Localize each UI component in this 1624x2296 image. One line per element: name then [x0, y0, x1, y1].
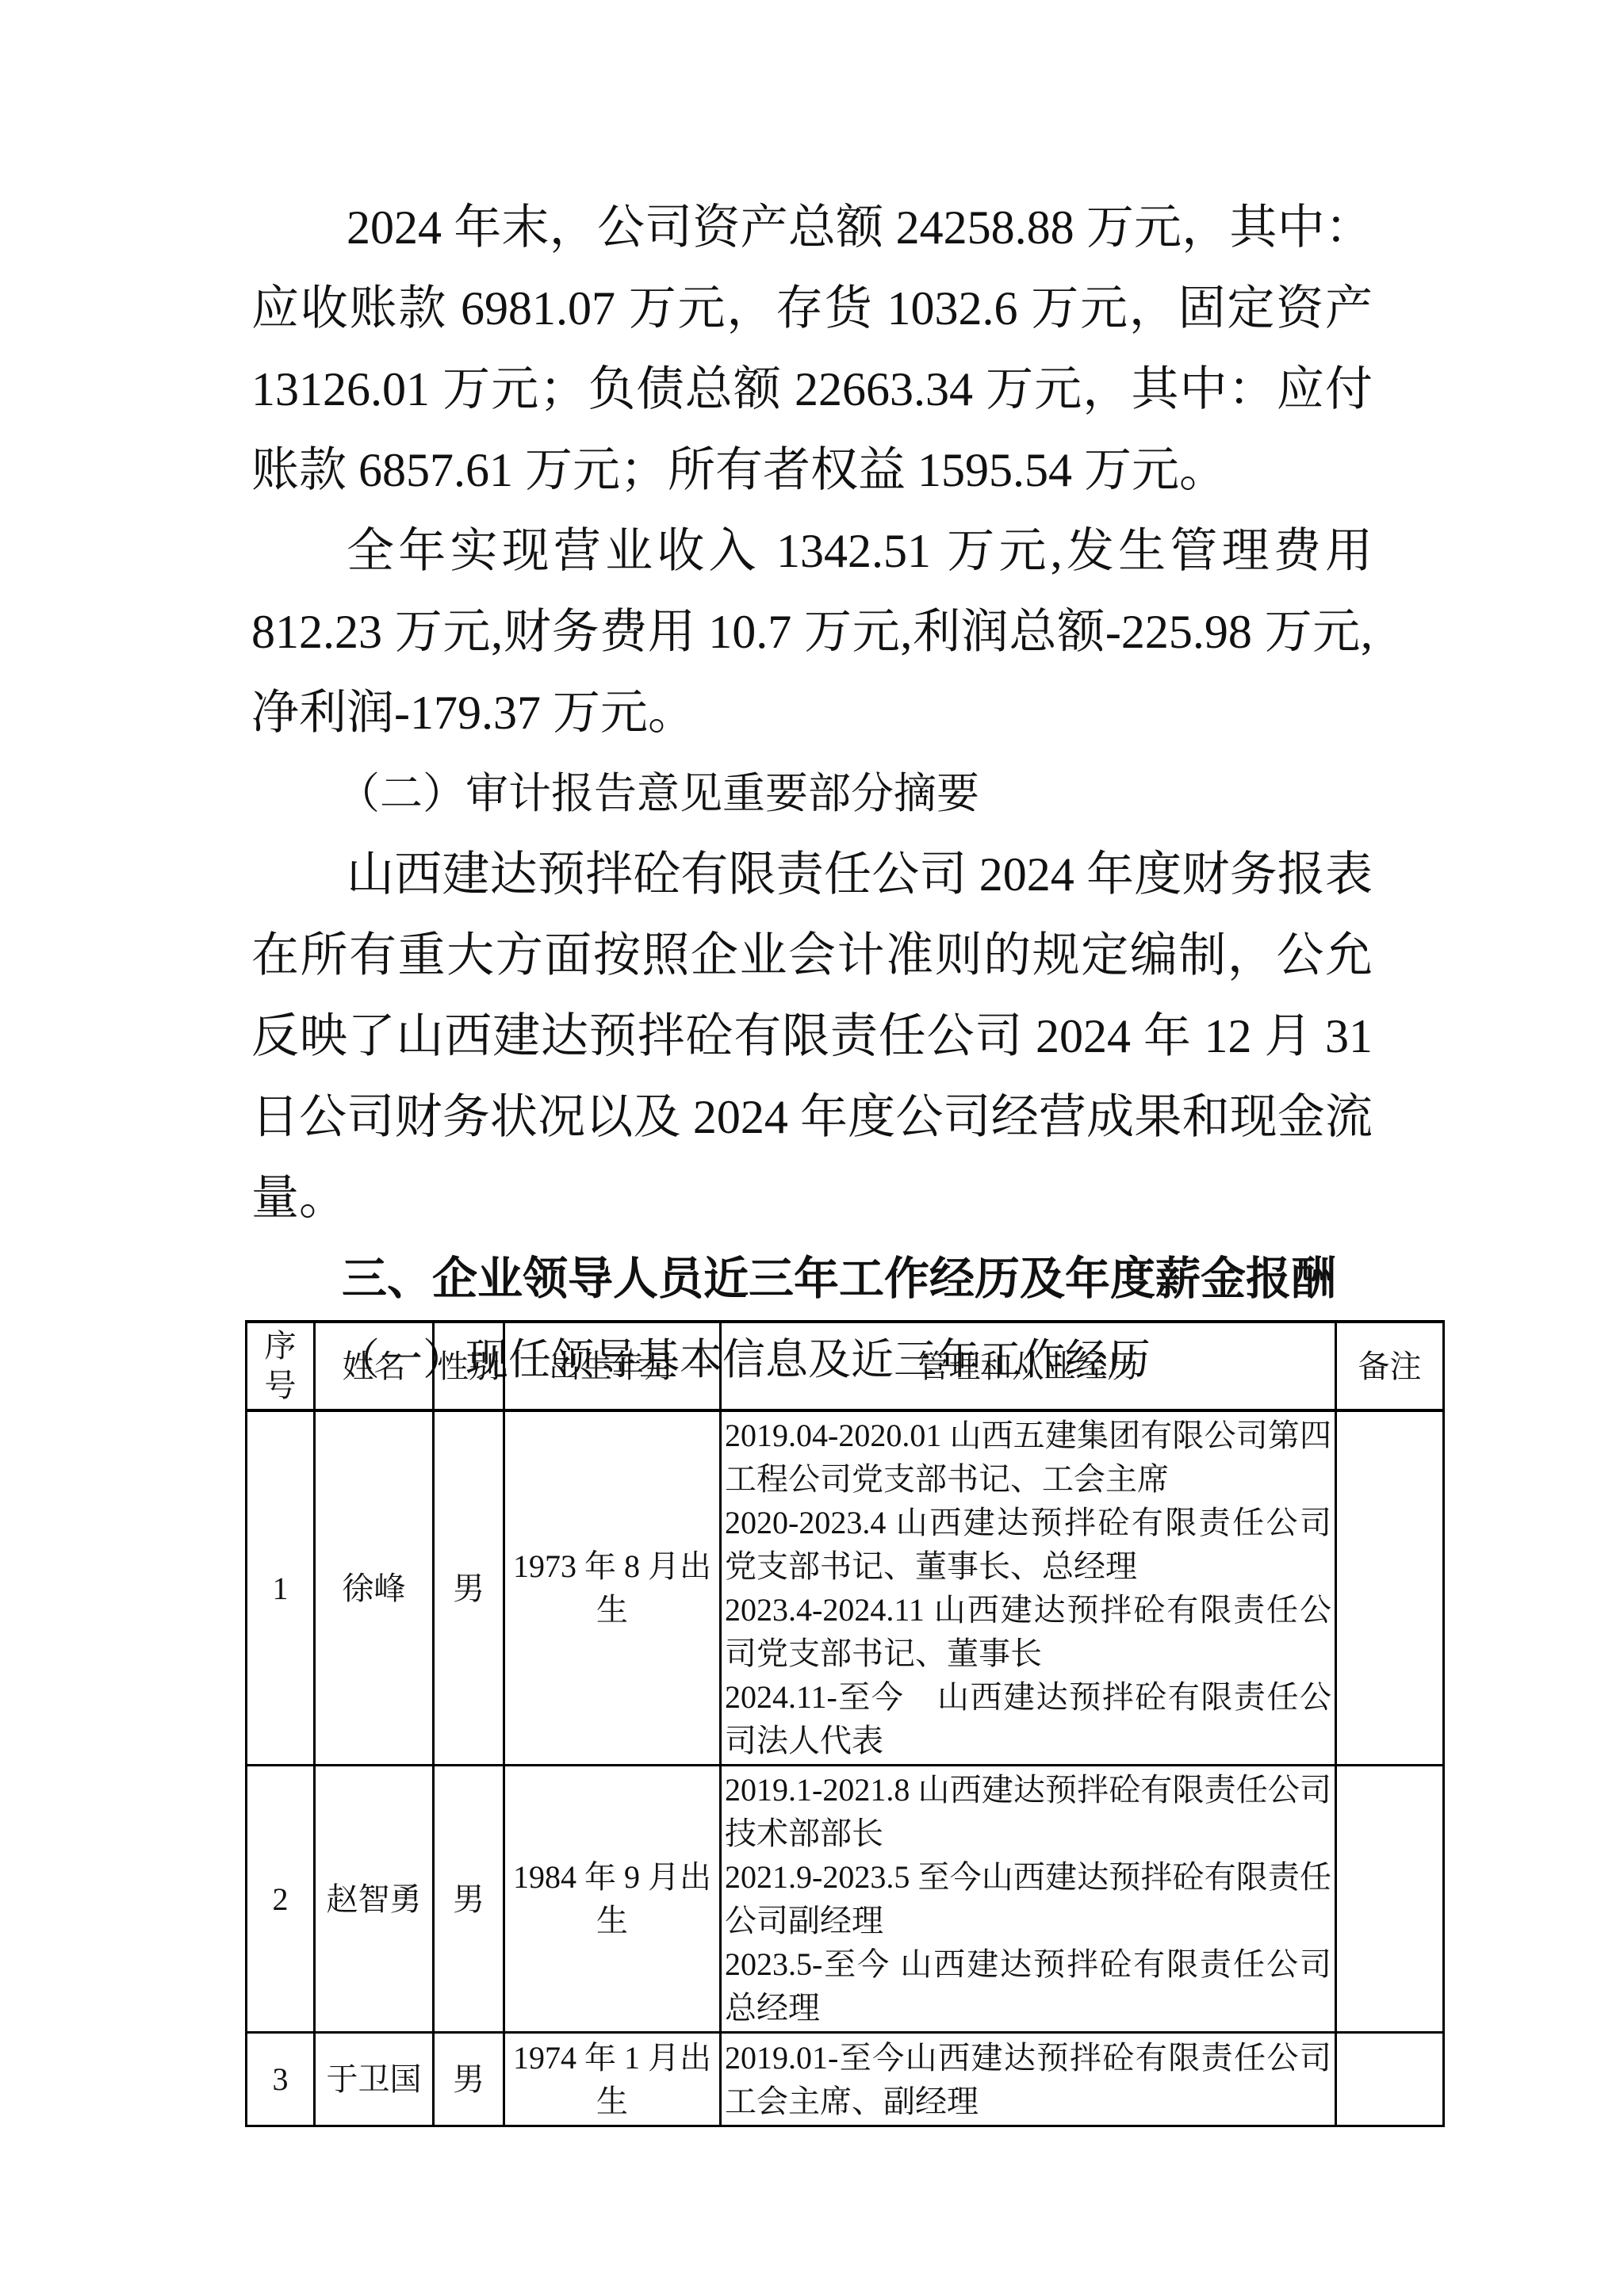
experience-entry: 2023.5-至今 山西建达预拌砼有限责任公司总经理	[725, 1942, 1331, 2030]
cell-birth: 1973 年 8 月出生	[504, 1410, 721, 1766]
section-heading-audit-summary: （二）审计报告意见重要部分摘要	[251, 753, 1373, 834]
cell-name: 于卫国	[315, 2033, 434, 2126]
col-header-gender: 性别	[434, 1322, 504, 1410]
col-header-birth: 出生年月	[504, 1322, 721, 1410]
paragraph-operating-results: 全年实现营业收入 1342.51 万元,发生管理费用 812.23 万元,财务费…	[251, 511, 1373, 753]
cell-name: 徐峰	[315, 1410, 434, 1766]
experience-entry: 2019.01-至今山西建达预拌砼有限责任公司工会主席、副经理	[725, 2036, 1331, 2123]
col-header-experience: 管理和从业经历	[721, 1322, 1336, 1410]
paragraph-audit-opinion: 山西建达预拌砼有限责任公司 2024 年度财务报表在所有重大方面按照企业会计准则…	[251, 834, 1373, 1238]
cell-index: 1	[247, 1410, 315, 1766]
leaders-table-container: 序号 姓名 性别 出生年月 管理和从业经历 备注 1 徐峰 男 1973 年 8…	[245, 1320, 1442, 2127]
table-header-row: 序号 姓名 性别 出生年月 管理和从业经历 备注	[247, 1322, 1444, 1410]
table-row: 1 徐峰 男 1973 年 8 月出生 2019.04-2020.01 山西五建…	[247, 1410, 1444, 1766]
cell-remark	[1336, 1410, 1444, 1766]
cell-name: 赵智勇	[315, 1766, 434, 2033]
table-row: 2 赵智勇 男 1984 年 9 月出生 2019.1-2021.8 山西建达预…	[247, 1766, 1444, 2033]
cell-experience: 2019.1-2021.8 山西建达预拌砼有限责任公司技术部部长2021.9-2…	[721, 1766, 1336, 2033]
cell-index: 2	[247, 1766, 315, 2033]
cell-gender: 男	[434, 2033, 504, 2126]
cell-experience: 2019.04-2020.01 山西五建集团有限公司第四工程公司党支部书记、工会…	[721, 1410, 1336, 1766]
experience-entry: 2020-2023.4 山西建达预拌砼有限责任公司党支部书记、董事长、总经理	[725, 1501, 1331, 1588]
experience-entry: 2019.1-2021.8 山西建达预拌砼有限责任公司技术部部长	[725, 1768, 1331, 1855]
col-header-name: 姓名	[315, 1322, 434, 1410]
experience-entry: 2021.9-2023.5 至今山西建达预拌砼有限责任公司副经理	[725, 1855, 1331, 1942]
table-row: 3 于卫国 男 1974 年 1 月出生 2019.01-至今山西建达预拌砼有限…	[247, 2033, 1444, 2126]
paragraph-company-assets: 2024 年末，公司资产总额 24258.88 万元，其中：应收账款 6981.…	[251, 187, 1373, 511]
cell-index: 3	[247, 2033, 315, 2126]
experience-entry: 2024.11-至今 山西建达预拌砼有限责任公司法人代表	[725, 1675, 1331, 1762]
cell-experience: 2019.01-至今山西建达预拌砼有限责任公司工会主席、副经理	[721, 2033, 1336, 2126]
cell-remark	[1336, 2033, 1444, 2126]
cell-gender: 男	[434, 1766, 504, 2033]
document-page: 2024 年末，公司资产总额 24258.88 万元，其中：应收账款 6981.…	[0, 0, 1624, 2296]
cell-birth: 1984 年 9 月出生	[504, 1766, 721, 2033]
cell-remark	[1336, 1766, 1444, 2033]
cell-birth: 1974 年 1 月出生	[504, 2033, 721, 2126]
experience-entry: 2019.04-2020.01 山西五建集团有限公司第四工程公司党支部书记、工会…	[725, 1414, 1331, 1501]
leaders-table: 序号 姓名 性别 出生年月 管理和从业经历 备注 1 徐峰 男 1973 年 8…	[245, 1320, 1445, 2127]
experience-entry: 2023.4-2024.11 山西建达预拌砼有限责任公司党支部书记、董事长	[725, 1588, 1331, 1675]
col-header-remark: 备注	[1336, 1322, 1444, 1410]
col-header-index: 序号	[247, 1322, 315, 1410]
document-body: 2024 年末，公司资产总额 24258.88 万元，其中：应收账款 6981.…	[251, 187, 1373, 1400]
cell-gender: 男	[434, 1410, 504, 1766]
section-heading-leaders-compensation: 三、企业领导人员近三年工作经历及年度薪金报酬	[251, 1238, 1373, 1319]
